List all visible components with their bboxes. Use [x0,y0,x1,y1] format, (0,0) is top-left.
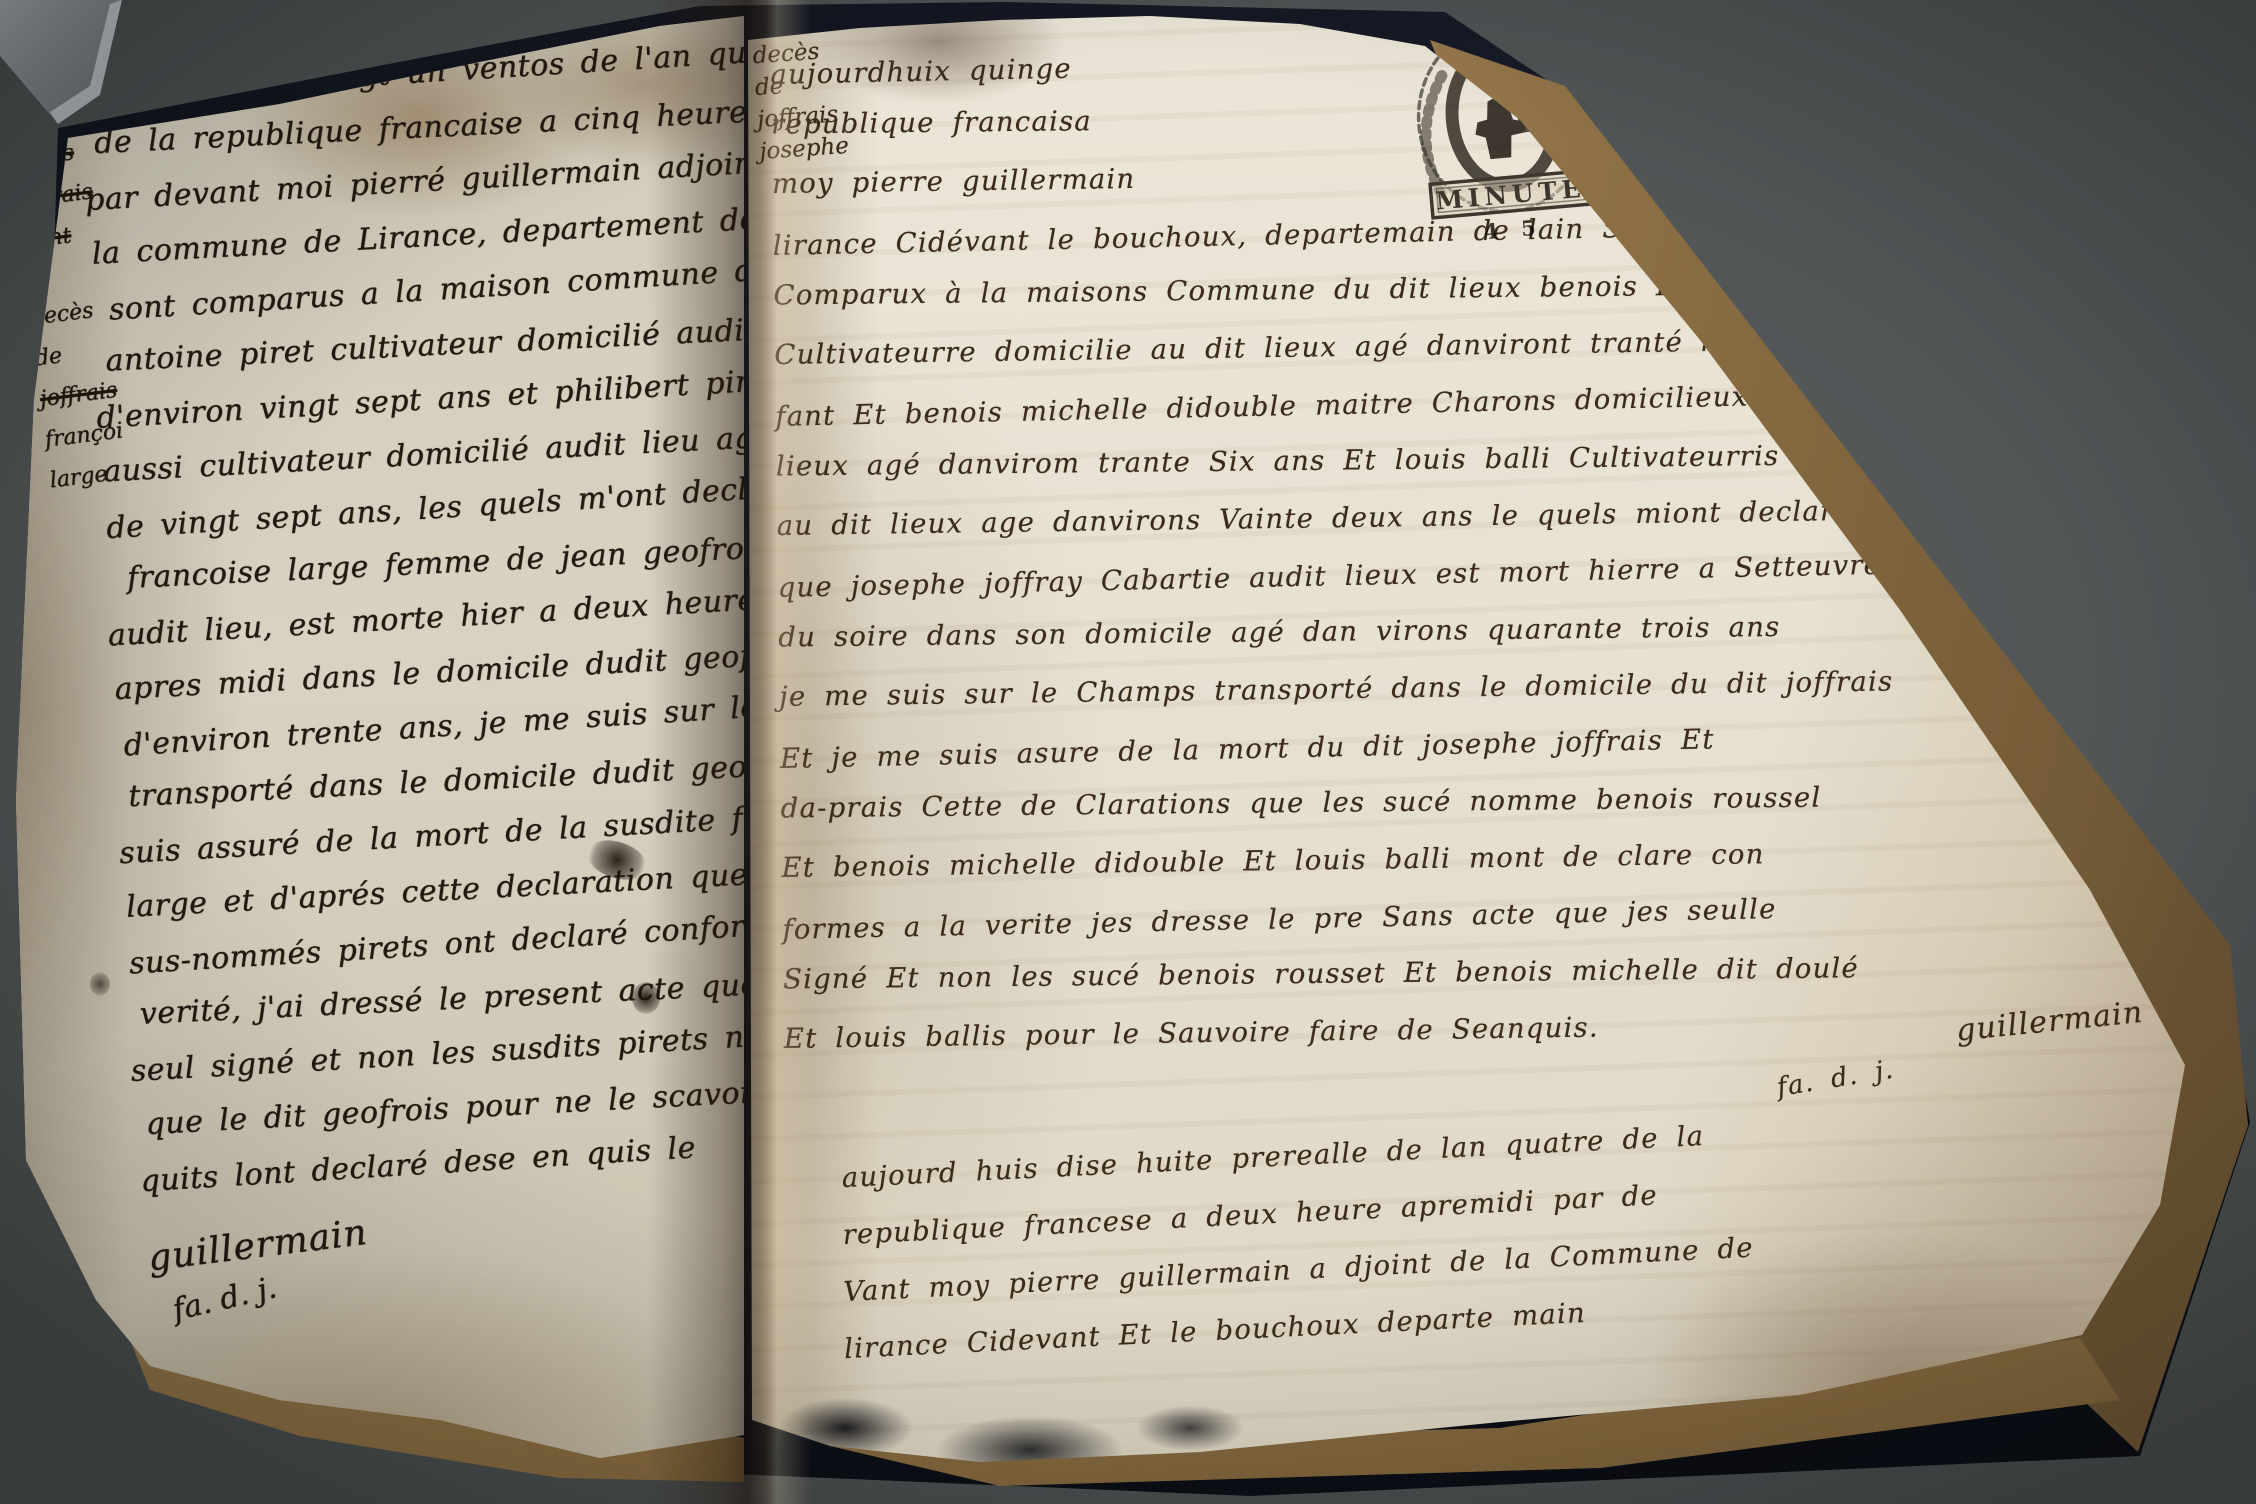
ink-blot [90,972,110,996]
margin-note: decès [28,298,94,331]
manuscript-segment: preriale de lan quatre de [1779,17,2190,83]
stamp-number: 4 5 [1483,214,1545,244]
left-page-text: aujourdhuy vingt un ventos de l'an quatr… [82,30,786,1207]
margin-note: de [33,343,63,371]
margin-note: joffrais [14,179,94,213]
manuscript-segment: que josephe joffray Cabartie audit lieux… [777,549,1881,604]
book-photo: décèsjoffraisfamtdecèsdejoffraisfrançoil… [0,0,2256,1504]
manuscript-segment: fant Et benois michelle didouble maitre … [775,378,1862,433]
manuscript-segment: republique francaisa [771,93,1092,153]
signature-block: guillermain fa. d. j. [146,1212,375,1320]
manuscript-segment: Signé Et non les sucé benois rousset Et … [783,952,1859,995]
margin-note: famt [19,223,73,254]
manuscript-segment: Comparux à la maisons Commune du dit lie… [773,269,1772,311]
manuscript-segment: je me suis sur le Champs transporté dans… [779,665,1894,713]
manuscript-segment: ad joint de la Commune de [1747,136,2193,199]
manuscript-segment: a Sette heure du Soire par devant [1629,82,2191,145]
manuscript-segment: lieux agé danvirom trante Six ans Et lou… [776,440,1780,483]
manuscript-segment: du soire dans son domicile agé dan viron… [778,611,1780,653]
manuscript-segment: moy pierre guillermain [772,151,1136,213]
manuscript-segment: da-prais Cette de Clarations que les suc… [781,782,1822,825]
manuscript-segment: formes a la verite jes dresse le pre San… [782,893,1777,946]
manuscript-segment: Et benois michelle didouble Et louis bal… [781,838,1764,884]
manuscript-segment: Cultivateurre domicilie au dit lieux agé… [774,325,1749,371]
manuscript-segment: Et je me suis asure de la mort du dit jo… [780,723,1715,775]
ink-blot [632,982,660,1014]
manuscript-segment: au dit lieux age danvirons Vainte deux a… [777,495,1853,542]
margin-note: large [48,462,108,494]
